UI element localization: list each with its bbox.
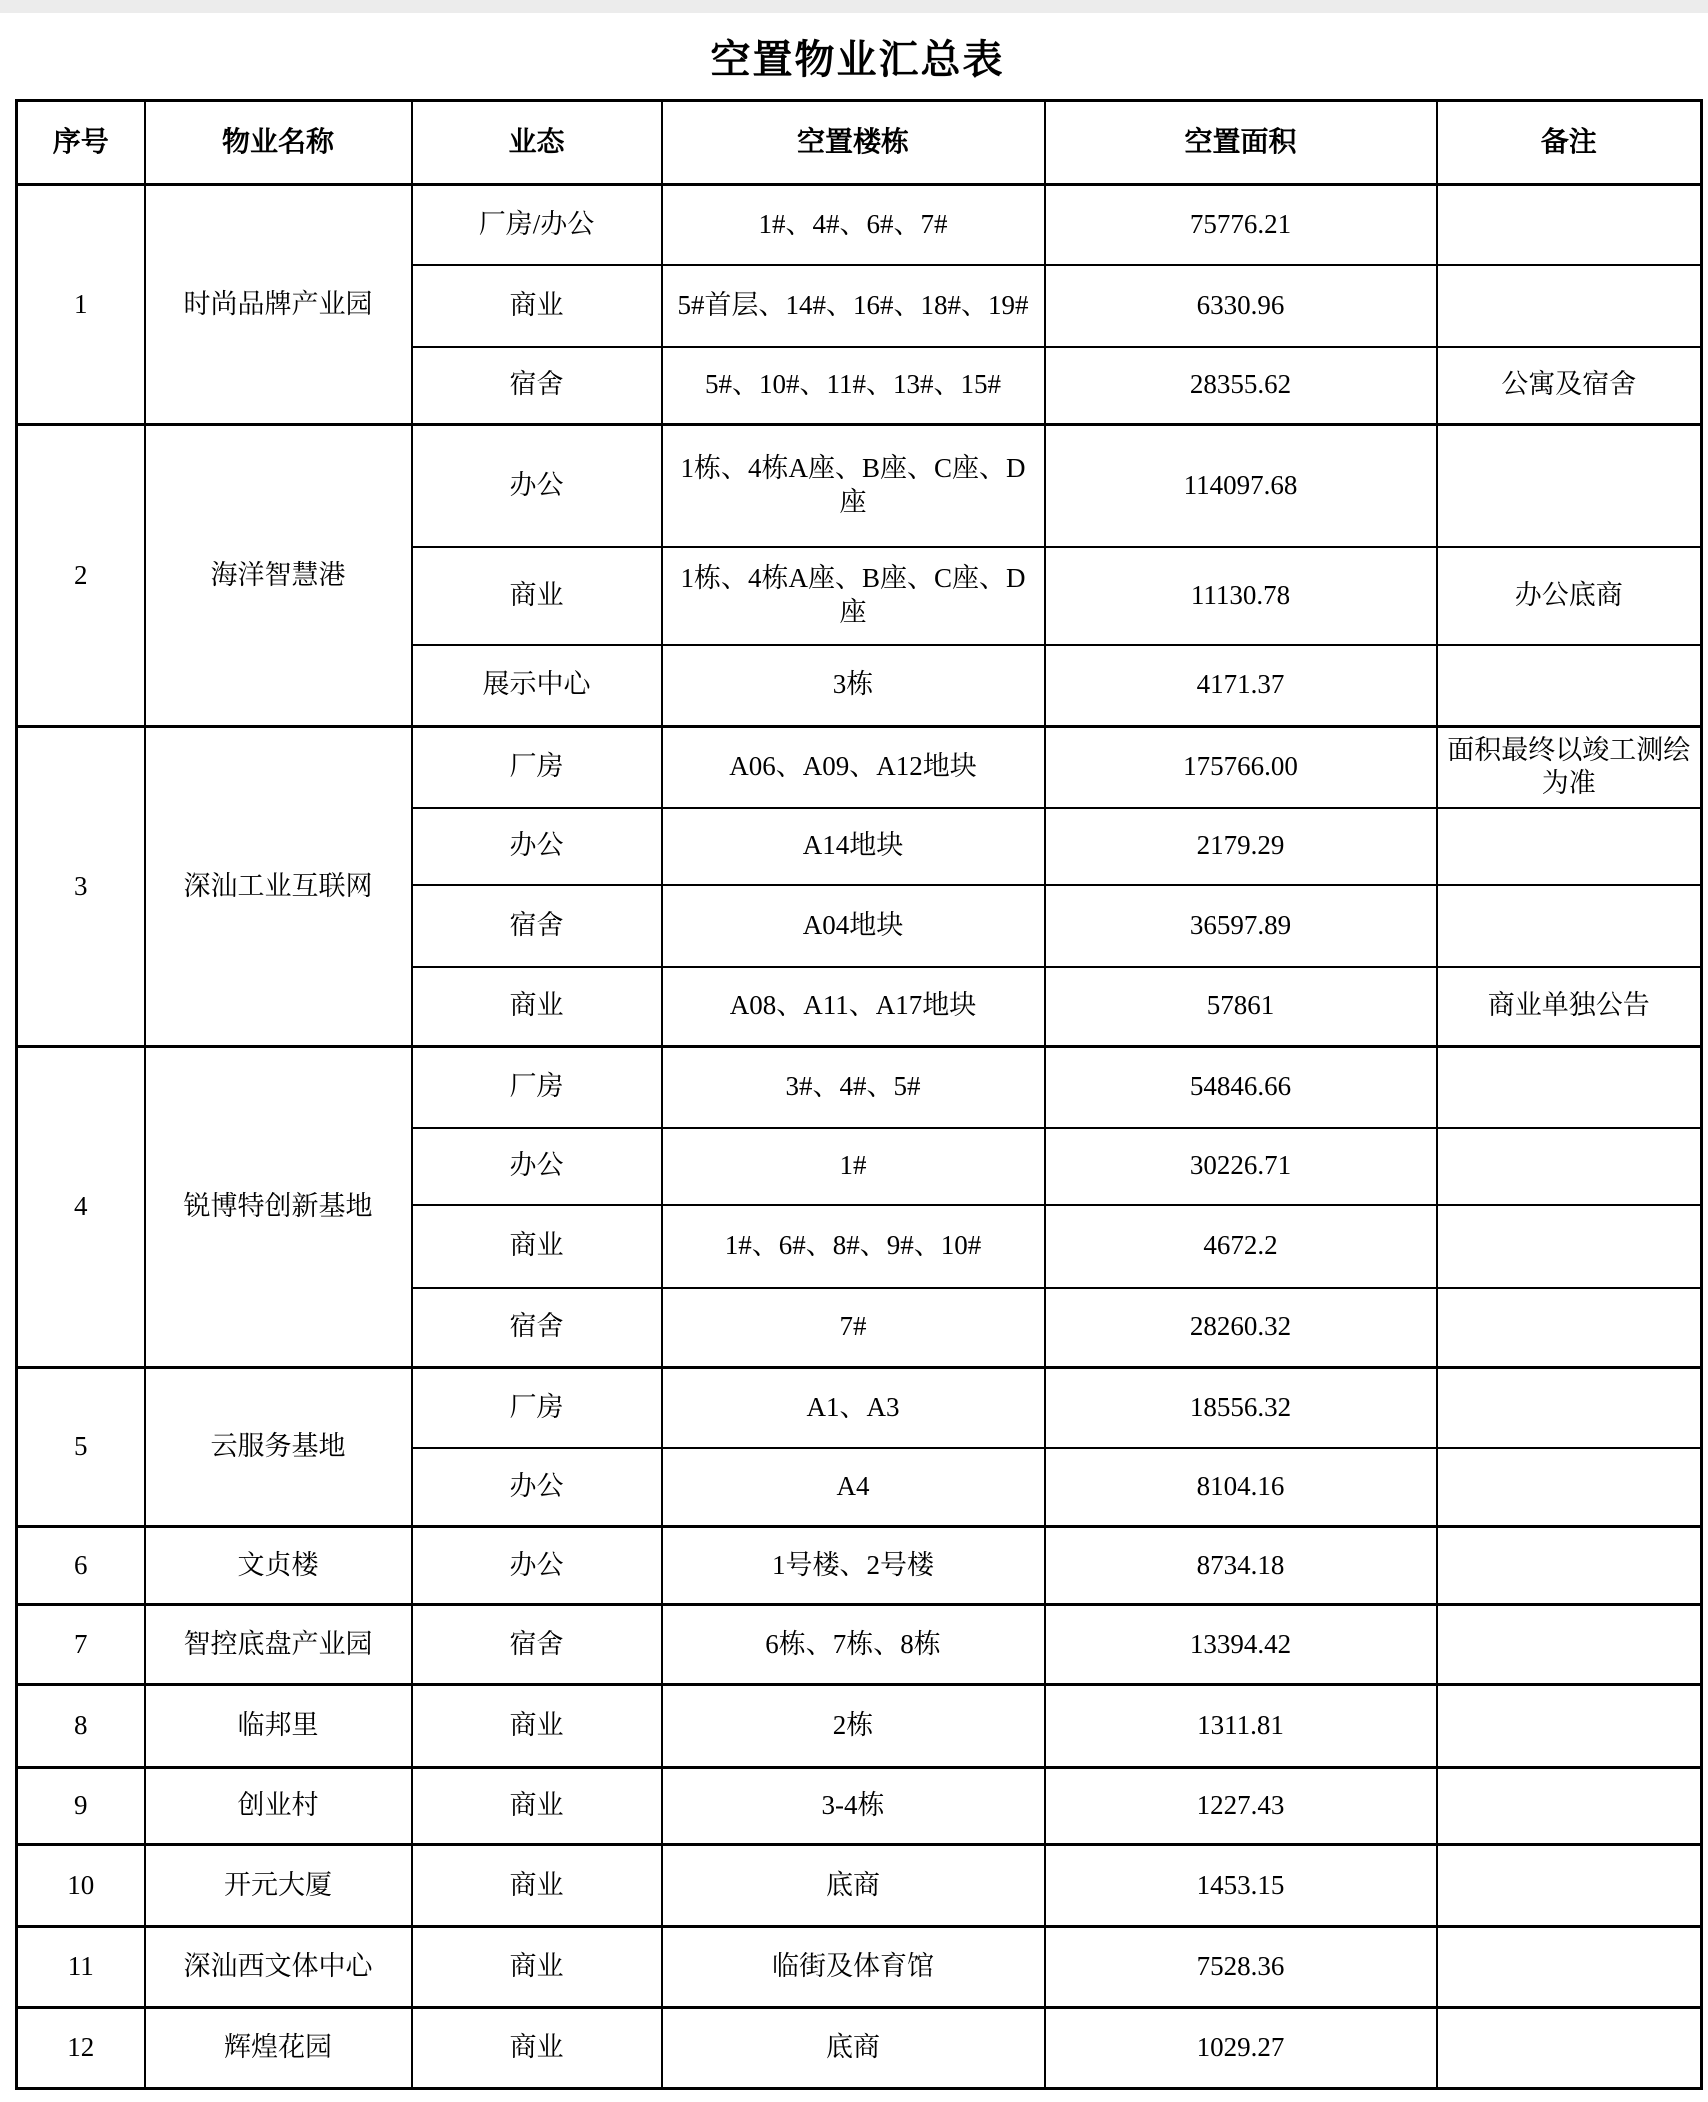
buildings-cell: A14地块 <box>662 808 1045 885</box>
remark-cell <box>1437 645 1702 727</box>
table-row: 9 创业村 商业 3-4栋 1227.43 <box>17 1768 1702 1845</box>
type-cell: 商业 <box>412 265 662 347</box>
type-cell: 商业 <box>412 2008 662 2089</box>
serial-cell: 11 <box>17 1927 145 2008</box>
type-cell: 厂房 <box>412 1047 662 1128</box>
property-name-cell: 智控底盘产业园 <box>145 1605 412 1685</box>
type-cell: 办公 <box>412 1128 662 1205</box>
table-row: 1 时尚品牌产业园 厂房/办公 1#、4#、6#、7# 75776.21 <box>17 185 1702 265</box>
area-cell: 8734.18 <box>1045 1527 1437 1605</box>
serial-cell: 8 <box>17 1685 145 1768</box>
remark-cell <box>1437 1368 1702 1448</box>
buildings-cell: A04地块 <box>662 885 1045 967</box>
table-row: 12 辉煌花园 商业 底商 1029.27 <box>17 2008 1702 2089</box>
area-cell: 114097.68 <box>1045 425 1437 547</box>
area-cell: 54846.66 <box>1045 1047 1437 1128</box>
remark-cell <box>1437 1605 1702 1685</box>
serial-cell: 12 <box>17 2008 145 2089</box>
area-cell: 8104.16 <box>1045 1448 1437 1527</box>
property-name-cell: 临邦里 <box>145 1685 412 1768</box>
remark-cell <box>1437 1128 1702 1205</box>
remark-cell <box>1437 2008 1702 2089</box>
area-cell: 28260.32 <box>1045 1288 1437 1368</box>
type-cell: 商业 <box>412 1845 662 1927</box>
buildings-cell: 2栋 <box>662 1685 1045 1768</box>
serial-cell: 3 <box>17 727 145 1047</box>
property-name-cell: 深汕西文体中心 <box>145 1927 412 2008</box>
buildings-cell: A4 <box>662 1448 1045 1527</box>
area-cell: 1029.27 <box>1045 2008 1437 2089</box>
type-cell: 办公 <box>412 1527 662 1605</box>
type-cell: 宿舍 <box>412 1288 662 1368</box>
area-cell: 57861 <box>1045 967 1437 1047</box>
remark-cell <box>1437 1205 1702 1288</box>
serial-cell: 2 <box>17 425 145 727</box>
buildings-cell: 3栋 <box>662 645 1045 727</box>
serial-cell: 1 <box>17 185 145 425</box>
type-cell: 办公 <box>412 1448 662 1527</box>
buildings-cell: 1# <box>662 1128 1045 1205</box>
page-margin-strip <box>0 0 1708 13</box>
area-cell: 11130.78 <box>1045 547 1437 645</box>
remark-cell: 面积最终以竣工测绘为准 <box>1437 727 1702 808</box>
table-row: 5 云服务基地 厂房 A1、A3 18556.32 <box>17 1368 1702 1448</box>
type-cell: 宿舍 <box>412 885 662 967</box>
remark-cell <box>1437 1845 1702 1927</box>
buildings-cell: 6栋、7栋、8栋 <box>662 1605 1045 1685</box>
col-header-remark: 备注 <box>1437 101 1702 185</box>
remark-cell <box>1437 808 1702 885</box>
serial-cell: 9 <box>17 1768 145 1845</box>
remark-cell: 公寓及宿舍 <box>1437 347 1702 425</box>
area-cell: 1453.15 <box>1045 1845 1437 1927</box>
buildings-cell: 5#首层、14#、16#、18#、19# <box>662 265 1045 347</box>
remark-cell <box>1437 1685 1702 1768</box>
area-cell: 175766.00 <box>1045 727 1437 808</box>
area-cell: 18556.32 <box>1045 1368 1437 1448</box>
type-cell: 厂房 <box>412 1368 662 1448</box>
remark-cell <box>1437 1527 1702 1605</box>
header-row: 序号 物业名称 业态 空置楼栋 空置面积 备注 <box>17 101 1702 185</box>
property-name-cell: 辉煌花园 <box>145 2008 412 2089</box>
buildings-cell: A1、A3 <box>662 1368 1045 1448</box>
type-cell: 办公 <box>412 425 662 547</box>
remark-cell <box>1437 425 1702 547</box>
type-cell: 商业 <box>412 1768 662 1845</box>
serial-cell: 5 <box>17 1368 145 1527</box>
type-cell: 商业 <box>412 547 662 645</box>
remark-cell <box>1437 1768 1702 1845</box>
area-cell: 4672.2 <box>1045 1205 1437 1288</box>
property-name-cell: 海洋智慧港 <box>145 425 412 727</box>
buildings-cell: 临街及体育馆 <box>662 1927 1045 2008</box>
buildings-cell: A08、A11、A17地块 <box>662 967 1045 1047</box>
col-header-buildings: 空置楼栋 <box>662 101 1045 185</box>
buildings-cell: 1栋、4栋A座、B座、C座、D座 <box>662 425 1045 547</box>
table-row: 8 临邦里 商业 2栋 1311.81 <box>17 1685 1702 1768</box>
remark-cell: 办公底商 <box>1437 547 1702 645</box>
table-row: 2 海洋智慧港 办公 1栋、4栋A座、B座、C座、D座 114097.68 <box>17 425 1702 547</box>
area-cell: 7528.36 <box>1045 1927 1437 2008</box>
property-name-cell: 创业村 <box>145 1768 412 1845</box>
property-name-cell: 文贞楼 <box>145 1527 412 1605</box>
table-row: 10 开元大厦 商业 底商 1453.15 <box>17 1845 1702 1927</box>
area-cell: 30226.71 <box>1045 1128 1437 1205</box>
property-name-cell: 云服务基地 <box>145 1368 412 1527</box>
area-cell: 1227.43 <box>1045 1768 1437 1845</box>
buildings-cell: 1#、6#、8#、9#、10# <box>662 1205 1045 1288</box>
col-header-serial: 序号 <box>17 101 145 185</box>
remark-cell <box>1437 885 1702 967</box>
serial-cell: 6 <box>17 1527 145 1605</box>
col-header-area: 空置面积 <box>1045 101 1437 185</box>
area-cell: 1311.81 <box>1045 1685 1437 1768</box>
remark-cell: 商业单独公告 <box>1437 967 1702 1047</box>
buildings-cell: 1#、4#、6#、7# <box>662 185 1045 265</box>
buildings-cell: 1栋、4栋A座、B座、C座、D座 <box>662 547 1045 645</box>
remark-cell <box>1437 1927 1702 2008</box>
vacancy-summary-table: 序号 物业名称 业态 空置楼栋 空置面积 备注 1 时尚品牌产业园 厂房/办公 … <box>15 99 1703 2090</box>
remark-cell <box>1437 1448 1702 1527</box>
buildings-cell: 底商 <box>662 2008 1045 2089</box>
page-title: 空置物业汇总表 <box>15 13 1700 99</box>
type-cell: 宿舍 <box>412 1605 662 1685</box>
col-header-property-name: 物业名称 <box>145 101 412 185</box>
remark-cell <box>1437 185 1702 265</box>
serial-cell: 4 <box>17 1047 145 1368</box>
remark-cell <box>1437 1047 1702 1128</box>
type-cell: 宿舍 <box>412 347 662 425</box>
property-name-cell: 深汕工业互联网 <box>145 727 412 1047</box>
remark-cell <box>1437 1288 1702 1368</box>
area-cell: 2179.29 <box>1045 808 1437 885</box>
type-cell: 商业 <box>412 1685 662 1768</box>
type-cell: 商业 <box>412 967 662 1047</box>
table-row: 7 智控底盘产业园 宿舍 6栋、7栋、8栋 13394.42 <box>17 1605 1702 1685</box>
area-cell: 6330.96 <box>1045 265 1437 347</box>
buildings-cell: A06、A09、A12地块 <box>662 727 1045 808</box>
type-cell: 商业 <box>412 1205 662 1288</box>
property-name-cell: 时尚品牌产业园 <box>145 185 412 425</box>
table-row: 3 深汕工业互联网 厂房 A06、A09、A12地块 175766.00 面积最… <box>17 727 1702 808</box>
table-row: 11 深汕西文体中心 商业 临街及体育馆 7528.36 <box>17 1927 1702 2008</box>
buildings-cell: 3#、4#、5# <box>662 1047 1045 1128</box>
type-cell: 厂房 <box>412 727 662 808</box>
property-name-cell: 锐博特创新基地 <box>145 1047 412 1368</box>
table-row: 4 锐博特创新基地 厂房 3#、4#、5# 54846.66 <box>17 1047 1702 1128</box>
area-cell: 75776.21 <box>1045 185 1437 265</box>
area-cell: 13394.42 <box>1045 1605 1437 1685</box>
area-cell: 36597.89 <box>1045 885 1437 967</box>
type-cell: 商业 <box>412 1927 662 2008</box>
type-cell: 办公 <box>412 808 662 885</box>
area-cell: 4171.37 <box>1045 645 1437 727</box>
remark-cell <box>1437 265 1702 347</box>
buildings-cell: 1号楼、2号楼 <box>662 1527 1045 1605</box>
serial-cell: 10 <box>17 1845 145 1927</box>
col-header-type: 业态 <box>412 101 662 185</box>
property-name-cell: 开元大厦 <box>145 1845 412 1927</box>
table-row: 6 文贞楼 办公 1号楼、2号楼 8734.18 <box>17 1527 1702 1605</box>
buildings-cell: 7# <box>662 1288 1045 1368</box>
buildings-cell: 3-4栋 <box>662 1768 1045 1845</box>
spreadsheet: 空置物业汇总表 序号 物业名称 业态 空置楼栋 空置面积 备注 1 时尚品牌产业… <box>15 13 1700 2090</box>
area-cell: 28355.62 <box>1045 347 1437 425</box>
type-cell: 展示中心 <box>412 645 662 727</box>
buildings-cell: 底商 <box>662 1845 1045 1927</box>
buildings-cell: 5#、10#、11#、13#、15# <box>662 347 1045 425</box>
serial-cell: 7 <box>17 1605 145 1685</box>
type-cell: 厂房/办公 <box>412 185 662 265</box>
